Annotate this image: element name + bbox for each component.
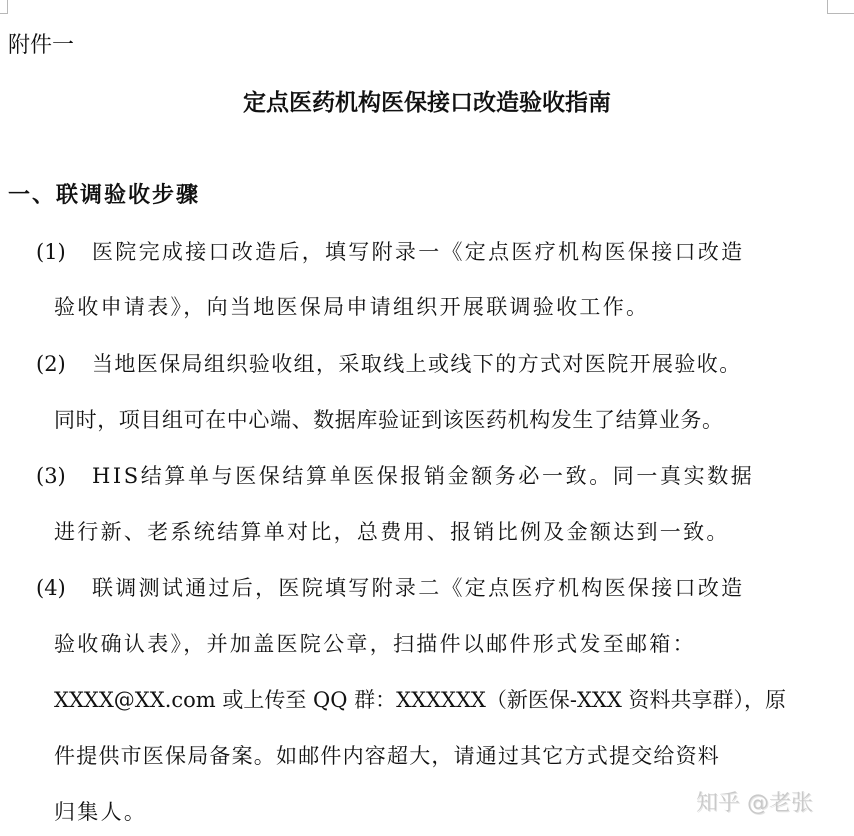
list-item-3-line-1: (3)HIS结算单与医保结算单医保报销金额务必一致。同一真实数据 <box>36 460 754 490</box>
page-corner-mark-right <box>827 0 854 14</box>
item-number: (1) <box>36 240 92 264</box>
document-title: 定点医药机构医保接口改造验收指南 <box>0 84 854 117</box>
item-number: (2) <box>36 352 92 376</box>
item-text: HIS结算单与医保结算单医保报销金额务必一致。同一真实数据 <box>92 464 754 488</box>
list-item-4-line-5: 归集人。 <box>54 796 147 826</box>
item-number: (3) <box>36 464 92 488</box>
attachment-label: 附件一 <box>8 28 74 59</box>
zhihu-watermark: 知乎 @老张 <box>696 786 813 817</box>
list-item-4-line-3: XXXX@XX.com 或上传至 QQ 群：XXXXXX（新医保-XXX 资料共… <box>54 684 786 714</box>
section-heading: 一、联调验收步骤 <box>8 178 200 209</box>
list-item-4-line-4: 件提供市医保局备案。如邮件内容超大，请通过其它方式提交给资料 <box>54 740 720 770</box>
list-item-2-line-2: 同时，项目组可在中心端、数据库验证到该医药机构发生了结算业务。 <box>54 404 724 434</box>
list-item-1-line-2: 验收申请表》，向当地医保局申请组织开展联调验收工作。 <box>54 291 649 321</box>
list-item-2-line-1: (2)当地医保局组织验收组，采取线上或线下的方式对医院开展验收。 <box>36 348 742 378</box>
item-text: 当地医保局组织验收组，采取线上或线下的方式对医院开展验收。 <box>92 352 742 376</box>
item-text: 医院完成接口改造后，填写附录一《定点医疗机构医保接口改造 <box>92 240 744 264</box>
item-number: (4) <box>36 576 92 600</box>
page-corner-mark-left <box>0 0 8 14</box>
list-item-3-line-2: 进行新、老系统结算单对比，总费用、报销比例及金额达到一致。 <box>54 516 730 546</box>
item-text: 联调测试通过后，医院填写附录二《定点医疗机构医保接口改造 <box>92 576 744 600</box>
list-item-1-line-1: (1)医院完成接口改造后，填写附录一《定点医疗机构医保接口改造 <box>36 236 744 266</box>
list-item-4-line-1: (4)联调测试通过后，医院填写附录二《定点医疗机构医保接口改造 <box>36 572 744 602</box>
list-item-4-line-2: 验收确认表》，并加盖医院公章，扫描件以邮件形式发至邮箱： <box>54 628 696 658</box>
